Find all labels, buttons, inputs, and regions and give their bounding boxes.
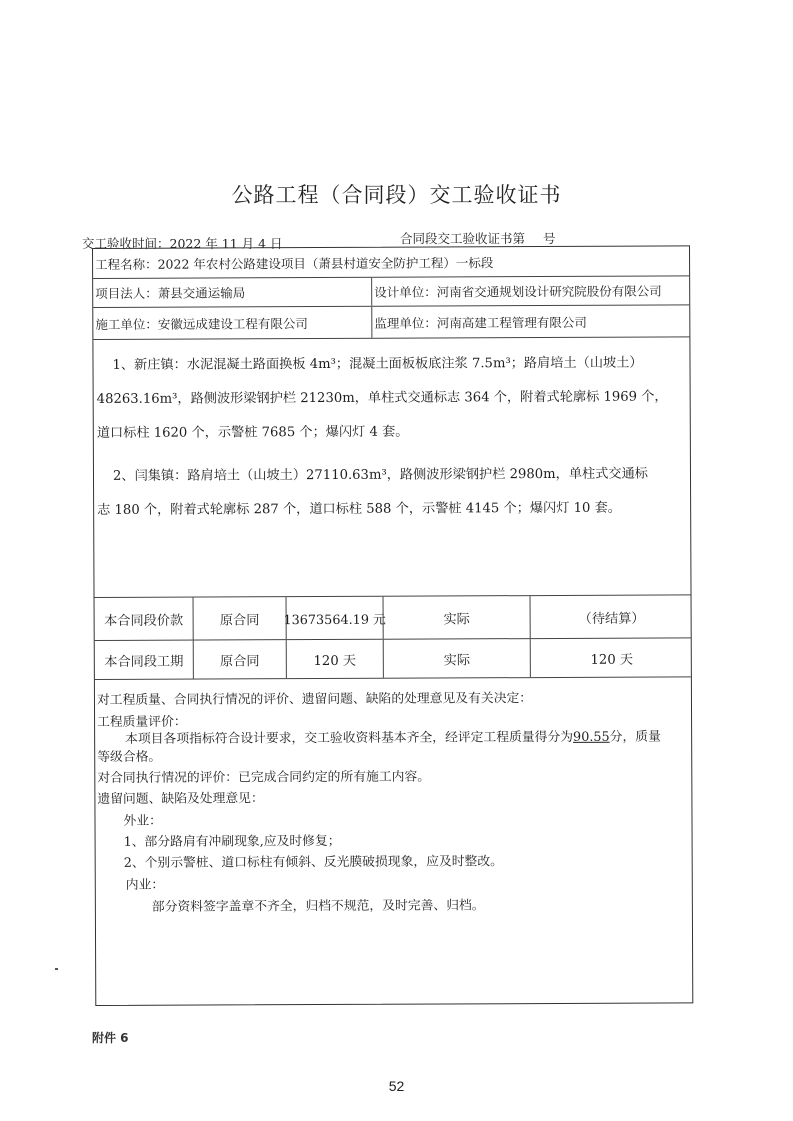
scope-item-2-line-1: 2、闫集镇：路肩培土（山坡土）27110.63m³，路侧波形梁钢护栏 2980m… [97,464,686,487]
contract-price-label: 本合同段价款 [95,598,193,640]
field-work-item-1: 1、部分路肩有冲刷现象,应及时修复； [124,830,341,850]
contract-evaluation: 对合同执行情况的评价：已完成合同约定的所有施工内容。 [97,766,430,786]
quality-score: 90.55 [573,730,610,745]
legal-person-label: 项目法人： [95,284,158,302]
supervision-unit-cell: 监理单位：河南高建工程管理有限公司 [371,305,691,337]
contract-period-label: 本合同段工期 [95,641,193,679]
issues-heading: 遗留问题、缺陷及处理意见： [97,787,263,807]
scan-speck [55,968,58,970]
quality-text-line-2: 等级合格。 [97,746,161,765]
contract-period-row: 本合同段工期 原合同 120 天 实际 120 天 [95,638,691,680]
legal-person-cell: 项目法人：萧县交通运输局 [93,278,371,307]
contract-period-actual-value: 120 天 [530,638,693,677]
contract-period-original-value: 120 天 [286,640,383,678]
owner-design-row: 项目法人：萧县交通运输局 设计单位：河南省交通规划设计研究院股份有限公司 [93,276,689,308]
office-work-heading: 内业： [126,874,164,893]
project-name-cell: 工程名称：2022 年农村公路建设项目（萧县村道安全防护工程）一标段 [93,246,689,278]
evaluation-heading: 对工程质量、合同执行情况的评价、遗留问题、缺陷的处理意见及有关决定： [97,687,532,708]
quality-text-after: 分，质量 [610,730,661,745]
contract-price-row: 本合同段价款 原合同 13673564.19 元 实际 （待结算） [95,595,691,641]
project-name-value: 2022 年农村公路建设项目（萧县村道安全防护工程）一标段 [158,253,494,272]
scope-item-2-line-2: 志 180 个，附着式轮廓标 287 个，道口标柱 588 个，示警桩 4145… [97,498,686,521]
design-unit-value: 河南省交通规划设计研究院股份有限公司 [437,282,662,301]
scope-item-1-line-1: 1、新庄镇：水泥混凝土路面换板 4m³；混凝土面板板底注浆 7.5m³；路肩培土… [96,353,685,376]
legal-person-value: 萧县交通运输局 [158,283,246,301]
field-work-item-2: 2、个别示警桩、道口标柱有倾斜、反光膜破损现象，应及时整改。 [124,850,503,871]
contract-price-actual-label: 实际 [383,596,530,639]
contract-price-original-label: 原合同 [193,597,286,639]
construction-supervision-row: 施工单位：安徽远成建设工程有限公司 监理单位：河南高建工程管理有限公司 [93,305,689,340]
contract-price-original-value: 13673564.19 元 [286,597,383,639]
construction-unit-label: 施工单位： [95,314,158,332]
quality-text: 本项目各项指标符合设计要求，交工验收资料基本齐全，经评定工程质量得分为90.55… [125,726,661,747]
construction-unit-cell: 施工单位：安徽远成建设工程有限公司 [93,307,371,339]
certificate-number-suffix: 号 [543,231,556,246]
supervision-unit-value: 河南高建工程管理有限公司 [437,312,587,331]
quality-text-before: 本项目各项指标符合设计要求，交工验收资料基本齐全，经评定工程质量得分为 [125,730,573,747]
project-name-label: 工程名称： [95,254,158,272]
work-scope-section: 1、新庄镇：水泥混凝土路面换板 4m³；混凝土面板板底注浆 7.5m³；路肩培土… [93,337,690,598]
construction-unit-value: 安徽远成建设工程有限公司 [158,314,308,333]
certificate-number: 合同段交工验收证书第号 [400,229,556,247]
attachment-label: 附件 6 [92,1029,129,1046]
page-title: 公路工程（合同段）交工验收证书 [0,179,793,209]
design-unit-cell: 设计单位：河南省交通规划设计研究院股份有限公司 [371,276,691,305]
contract-period-original-label: 原合同 [193,640,286,678]
office-work-item: 部分资料签字盖章不齐全，归档不规范，及时完善、归档。 [152,894,485,914]
certificate-number-label: 合同段交工验收证书第 [400,231,525,246]
contract-period-actual-label: 实际 [383,639,530,678]
field-work-heading: 外业： [123,810,161,829]
page-number: 52 [0,1078,793,1094]
project-name-row: 工程名称：2022 年农村公路建设项目（萧县村道安全防护工程）一标段 [93,246,689,279]
certificate-table: 工程名称：2022 年农村公路建设项目（萧县村道安全防护工程）一标段 项目法人：… [92,245,693,1006]
design-unit-label: 设计单位： [374,282,437,300]
supervision-unit-label: 监理单位： [374,313,437,331]
contract-price-actual-value: （待结算） [530,595,693,638]
scope-item-1-line-2: 48263.16m³，路侧波形梁钢护栏 21230m，单柱式交通标志 364 个… [97,387,686,410]
scope-item-1-line-3: 道口标柱 1620 个，示警桩 7685 个；爆闪灯 4 套。 [97,421,686,444]
